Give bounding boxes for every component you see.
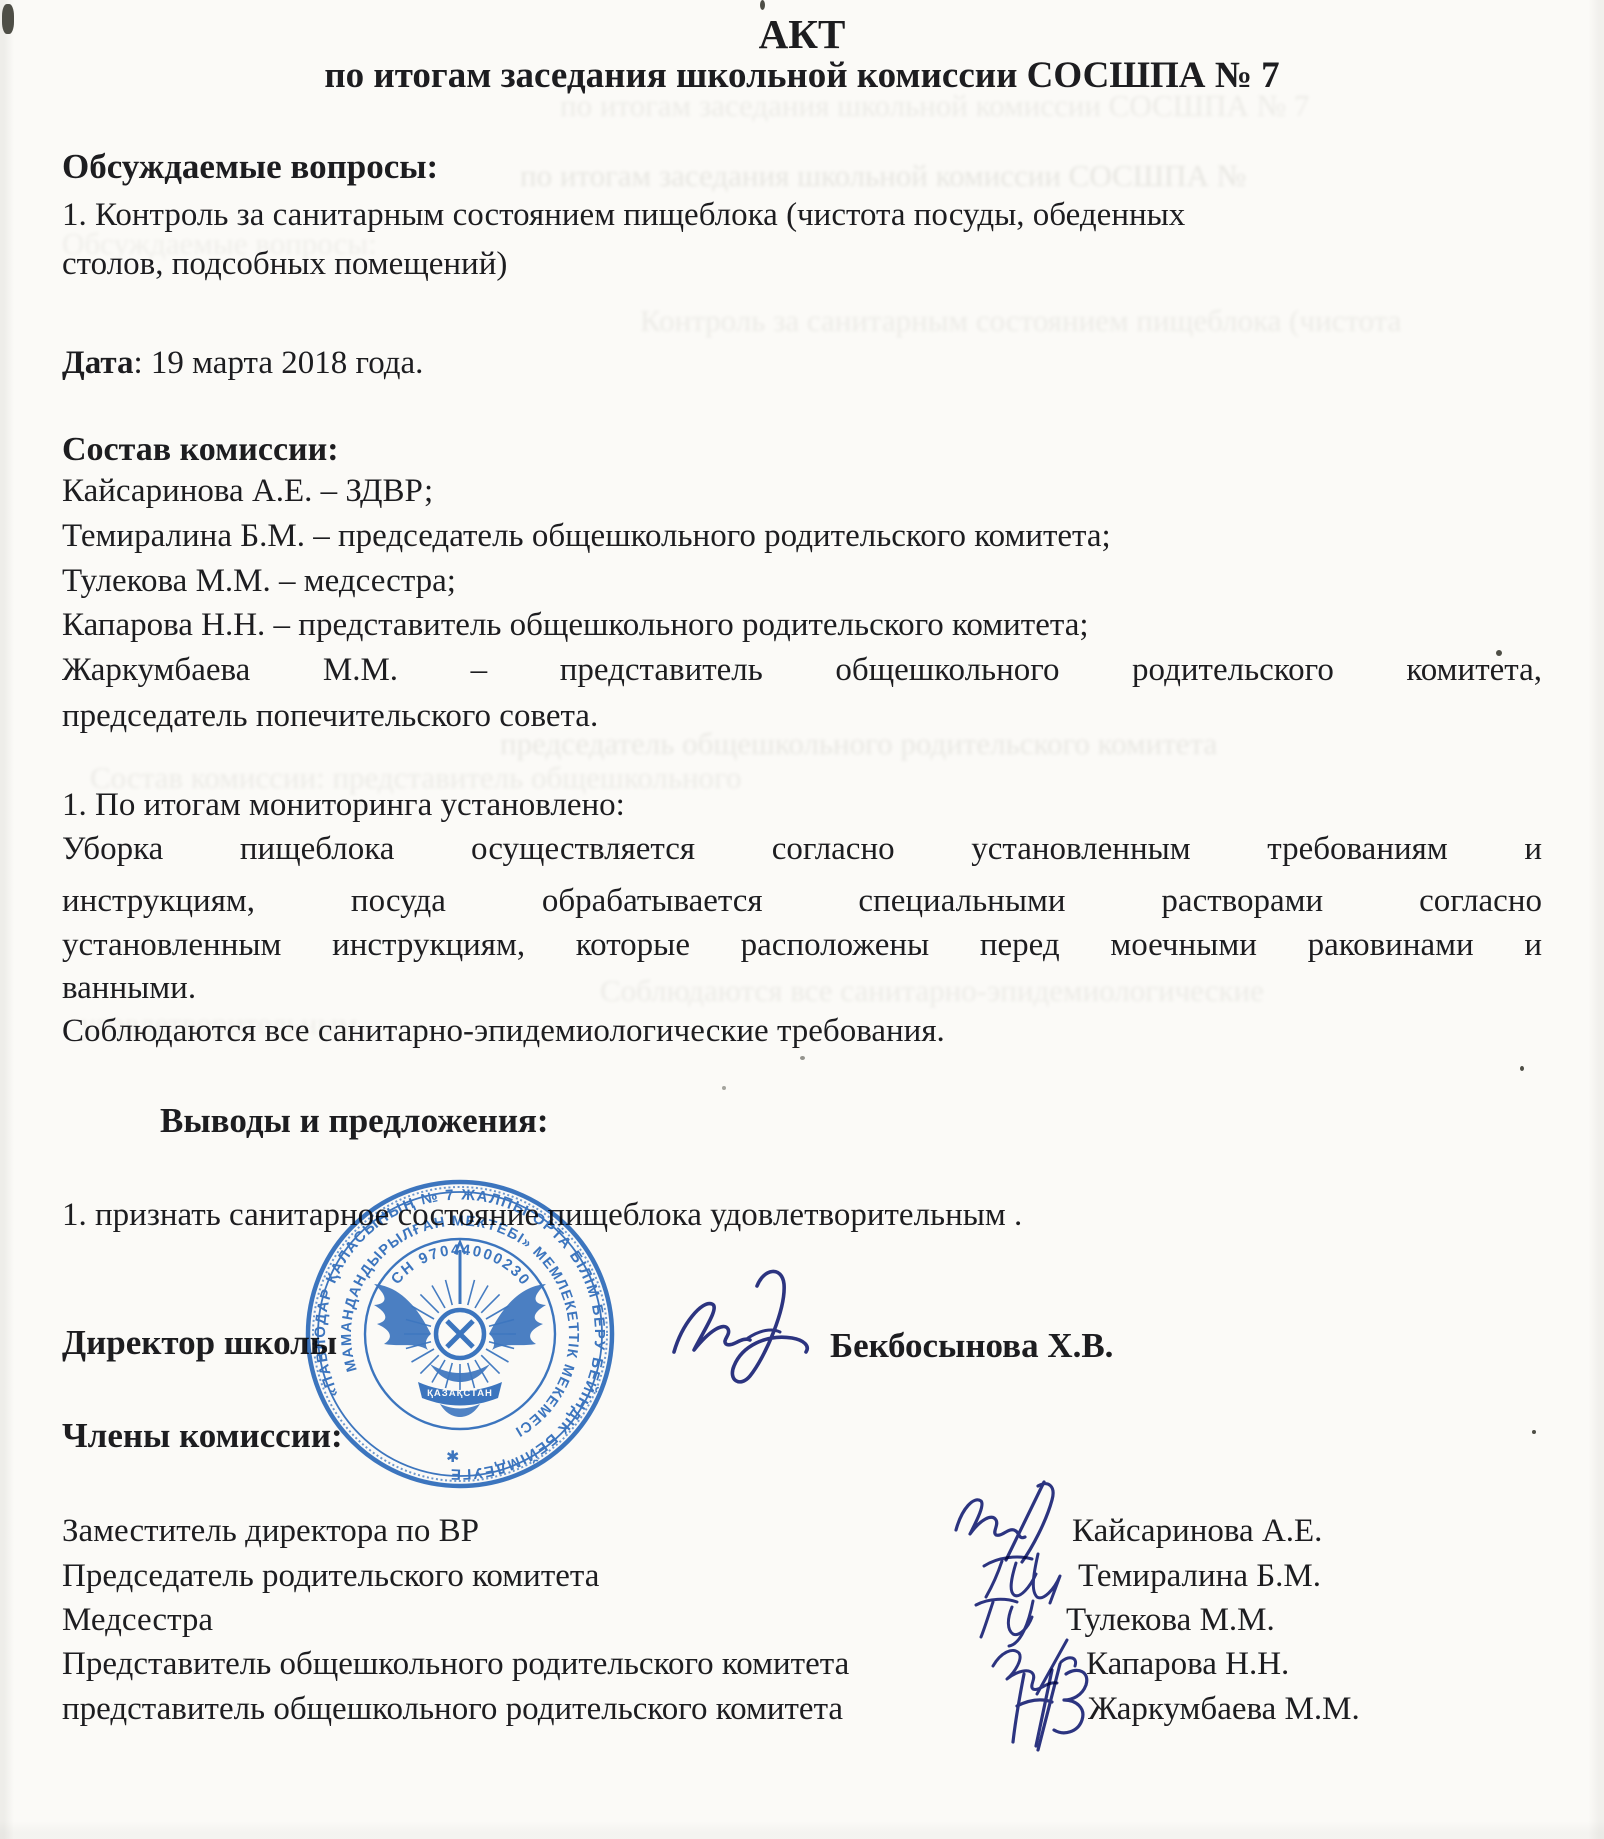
scan-artifact (1520, 1066, 1524, 1071)
scan-artifact (760, 0, 765, 10)
commission-member: председатель попечительского совета. (62, 697, 598, 736)
commission-member: Кайсаринова А.Е. – ЗДВР; (62, 472, 433, 511)
member-row-name: Кайсаринова А.Е. (1072, 1512, 1322, 1551)
conclusions-heading: Выводы и предложения: (160, 1100, 549, 1141)
scan-artifact (800, 1056, 805, 1060)
monitoring-line: Уборка пищеблока осуществляется согласно… (62, 830, 1542, 869)
commission-member: Жаркумбаева М.М. – представитель общешко… (62, 651, 1542, 690)
date-value: : 19 марта 2018 года. (133, 345, 423, 381)
director-name: Бекбосынова Х.В. (830, 1325, 1113, 1366)
questions-line: 1. Контроль за санитарным состоянием пищ… (62, 196, 1185, 235)
monitoring-line: установленным инструкциям, которые распо… (62, 926, 1542, 965)
member-row-title: Заместитель директора по ВР (62, 1512, 479, 1551)
monitoring-heading: 1. По итогам мониторинга установлено: (62, 786, 625, 825)
ghost-line: Соблюдаются все санитарно-эпидемиологиче… (600, 973, 1264, 1009)
member-row-name: Тулекова М.М. (1066, 1601, 1275, 1640)
scan-artifact (1532, 1430, 1536, 1434)
monitoring-line: ванными. (62, 969, 196, 1008)
member-row-name: Жаркумбаева М.М. (1088, 1690, 1360, 1729)
school-stamp: «ПАВЛОДАР ҚАЛАСЫНЫҢ № 7 ЖАЛПЫ ОРТА БІЛІМ… (288, 1162, 632, 1506)
doc-title: АКТ (0, 10, 1604, 58)
stamp-country-text: ҚАЗАҚСТАН (427, 1388, 493, 1399)
stamp-star: ✱ (446, 1449, 459, 1466)
member-row-title: Медсестра (62, 1601, 213, 1640)
member-signature (1006, 1662, 1121, 1754)
date-label: Дата (62, 345, 133, 381)
questions-line: столов, подсобных помещений) (62, 245, 507, 284)
commission-member: Тулекова М.М. – медсестра; (62, 562, 456, 601)
member-row-title: Председатель родительского комитета (62, 1557, 599, 1596)
director-signature (660, 1260, 820, 1395)
monitoring-line: инструкциям, посуда обрабатывается специ… (62, 882, 1542, 921)
scanned-act-document: по итогам заседания школьной комиссии СО… (0, 0, 1604, 1839)
member-row-title: представитель общешкольного родительског… (62, 1690, 843, 1729)
member-row-name: Темиралина Б.М. (1078, 1557, 1321, 1596)
commission-member: Капарова Н.Н. – представитель общешкольн… (62, 606, 1089, 645)
ghost-line: Контроль за санитарным состоянием пищебл… (640, 303, 1401, 339)
monitoring-line: Соблюдаются все санитарно-эпидемиологиче… (62, 1012, 945, 1051)
member-row-title: Представитель общешкольного родительског… (62, 1645, 849, 1684)
scan-artifact (722, 1086, 726, 1090)
questions-heading: Обсуждаемые вопросы: (62, 146, 438, 187)
ghost-line: председатель общешкольного родительского… (500, 726, 1217, 762)
commission-heading: Состав комиссии: (62, 430, 339, 470)
commission-member: Темиралина Б.М. – председатель общешколь… (62, 517, 1111, 556)
ghost-line: по итогам заседания школьной комиссии СО… (520, 158, 1246, 194)
date-line: Дата: 19 марта 2018 года. (62, 344, 423, 383)
doc-subtitle: по итогам заседания школьной комиссии СО… (0, 54, 1604, 98)
